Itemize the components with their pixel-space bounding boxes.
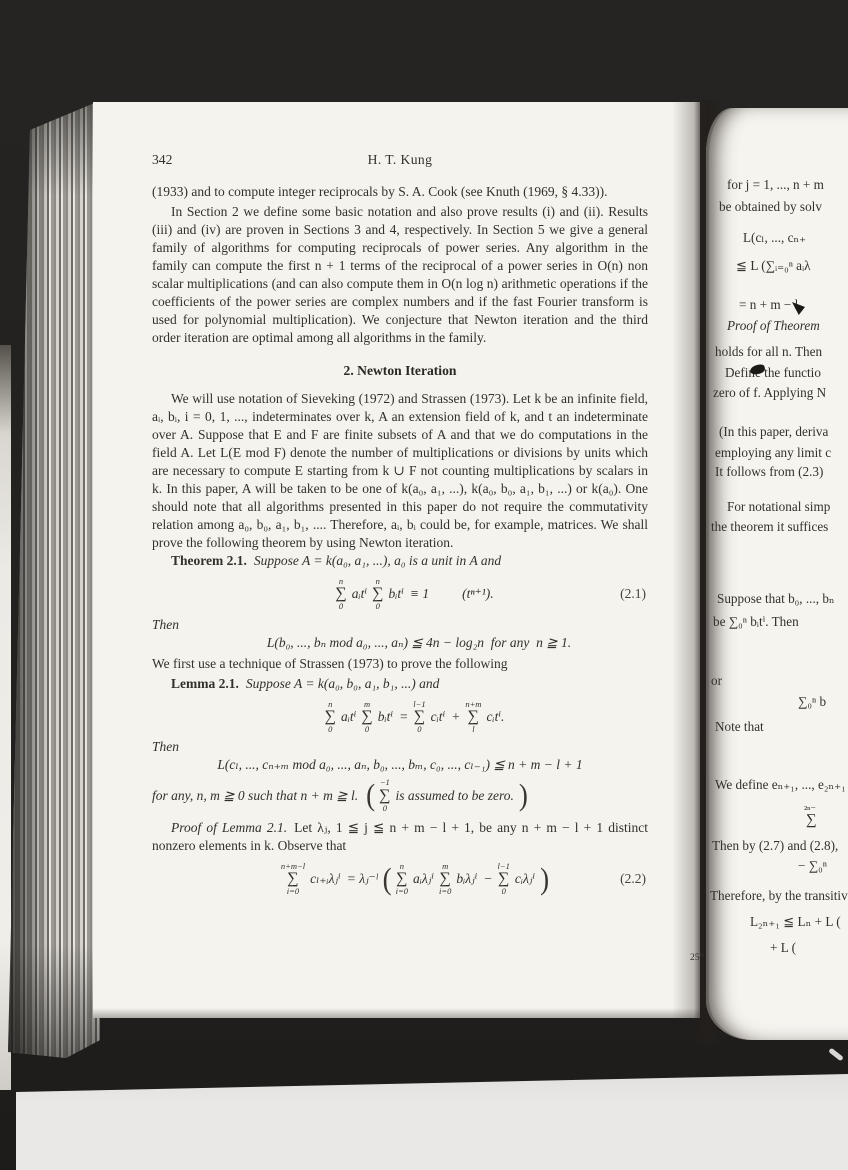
formula-term: bᵢtⁱ [378,709,393,725]
section-heading: 2. Newton Iteration [152,363,648,379]
theorem-conclusion: L(b₀, ..., bₙ mod a₀, ..., aₙ) ≦ 4n − lo… [152,635,648,651]
equation-number: (2.1) [620,586,646,602]
then-word: Then [152,739,648,755]
lemma-label: Lemma 2.1. [171,676,239,691]
sum-symbol: n ∑ 0 [325,700,336,735]
sum-symbol: n ∑ i=0 [396,862,408,897]
formula-term: aᵢλⱼⁱ [413,871,434,887]
table-surface [0,1062,848,1170]
formula-term: cᵢtⁱ. [486,709,504,725]
formula-term: aᵢtⁱ [341,709,356,725]
equation-2-1: n ∑ 0 aᵢtⁱ n ∑ 0 bᵢtⁱ ≡ 1 (tⁿ⁺¹). (2.1) [152,577,648,612]
right-page-line: or [711,673,722,689]
sum-symbol: l−1 ∑ 0 [498,862,510,897]
photographed-book-spread: 342 H. T. Kung (1933) and to compute int… [0,0,848,1170]
open-paren: ( [366,781,375,811]
paragraph-intro: (1933) and to compute integer reciprocal… [152,183,648,201]
book-fanned-page-edges [6,100,102,1060]
left-page: 342 H. T. Kung (1933) and to compute int… [93,102,700,1018]
right-page-line: ≦ L (∑ᵢ₌₀ⁿ aᵢλ [736,258,811,274]
right-page-line: be ∑₀ⁿ bᵢtⁱ. Then [713,614,799,630]
close-paren: ) [540,864,549,894]
lemma-2-1: Lemma 2.1.Suppose A = k(a₀, b₀, a₁, b₁, … [152,675,648,693]
formula-term: cᵢtⁱ [431,709,446,725]
right-page-fragment: for j = 1, ..., n + m be obtained by sol… [706,108,848,1040]
right-page-line: zero of f. Applying N [713,385,826,401]
right-page-line: Proof of Theorem [727,318,820,334]
running-header: 342 H. T. Kung [152,152,648,168]
right-page-line: We define eₙ₊₁, ..., e₂ₙ₊₁ [715,777,846,793]
right-page-line: L(cₗ, ..., cₙ₊ [743,230,806,246]
theorem-label: Theorem 2.1. [171,553,247,568]
right-page-line: be obtained by solv [719,199,822,215]
open-paren: ( [383,864,392,894]
right-page-line: Then by (2.7) and (2.8), [712,838,838,854]
formula-term: bᵢλⱼⁱ [456,871,477,887]
right-page-line: employing any limit c [715,445,831,461]
lemma-statement: Suppose A = k(a₀, b₀, a₁, b₁, ...) and [246,676,440,691]
formula-term: aᵢtⁱ [352,586,367,602]
formula-term: cₗ₊ᵢλⱼⁱ [310,871,341,887]
left-paper-edge-strip [0,345,11,1090]
paragraph-sections-overview: In Section 2 we define some basic notati… [152,203,648,347]
running-head-author: H. T. Kung [222,152,648,168]
right-page-line: + L ( [770,940,796,956]
formula-term: cᵢλⱼⁱ [515,871,535,887]
paragraph-notation: We will use notation of Sieveking (1972)… [152,390,648,552]
equation-number: (2.2) [620,871,646,887]
right-page-line: L₂ₙ₊₁ ≦ Lₙ + L ( [750,914,841,930]
equals-sign: = [399,709,408,725]
right-page-line: for j = 1, ..., n + m [727,177,824,193]
proof-of-lemma: Proof of Lemma 2.1.Let λⱼ, 1 ≦ j ≦ n + m… [152,819,648,855]
sum-symbol: n+m−l ∑ i=0 [281,862,305,897]
theorem-2-1: Theorem 2.1.Suppose A = k(a₀, a₁, ...), … [152,552,648,570]
right-page-line: (In this paper, deriva [719,424,828,440]
right-page-line: the theorem it suffices [711,519,828,535]
right-page-line: Therefore, by the transitiv [710,888,848,904]
right-page-line: Suppose that b₀, ..., bₙ [717,591,835,607]
then-word: Then [152,617,648,633]
sum-symbol: l−1 ∑ 0 [413,700,425,735]
right-page-line: For notational simp [727,499,830,515]
formula-term: bᵢtⁱ [389,586,404,602]
right-page-line: ∑₀ⁿ b [798,694,826,710]
right-page-line: Note that [715,719,764,735]
signature-mark: 25* [690,953,704,963]
condition-text: for any, n, m ≧ 0 such that n + m ≧ l. [152,788,358,804]
page-number: 342 [152,152,222,168]
strassen-technique-line: We first use a technique of Strassen (19… [152,656,648,672]
right-page-line: Define the functio [725,365,821,381]
lemma-condition: for any, n, m ≧ 0 such that n + m ≧ l. (… [152,778,648,813]
minus-sign: − [483,871,492,887]
plus-sign: + [451,709,460,725]
right-page-line: holds for all n. Then [715,344,822,360]
paper-fleck [828,1048,844,1062]
close-paren: ) [519,781,528,811]
lemma-equation: n ∑ 0 aᵢtⁱ m ∑ 0 bᵢtⁱ = l−1 ∑ 0 cᵢtⁱ + n… [152,700,648,735]
lemma-conclusion: L(cₗ, ..., cₙ₊ₘ mod a₀, ..., aₙ, b₀, ...… [152,757,648,773]
formula-modulus: (tⁿ⁺¹). [462,586,494,602]
sum-symbol: n ∑ 0 [372,577,383,612]
right-page-line: = n + m − l [739,297,798,313]
right-page-line: ∑ [806,812,817,829]
theorem-statement: Suppose A = k(a₀, a₁, ...), a₀ is a unit… [254,553,501,568]
sum-symbol: m ∑ 0 [361,700,372,735]
proof-label: Proof of Lemma 2.1. [171,820,287,835]
sum-symbol: n ∑ 0 [335,577,346,612]
sum-symbol: −1 ∑ 0 [379,778,390,813]
right-page-line: − ∑₀ⁿ [798,858,827,874]
condition-text-tail: is assumed to be zero. [396,788,514,804]
formula-relation: ≡ 1 [410,586,429,602]
right-page-line: It follows from (2.3) [715,464,823,480]
equation-2-2: n+m−l ∑ i=0 cₗ₊ᵢλⱼⁱ = λⱼ⁻ˡ ( n ∑ i=0 aᵢλ… [152,862,648,897]
sum-symbol: m ∑ i=0 [439,862,451,897]
sum-symbol: n+m ∑ l [465,700,481,735]
formula-relation: = λⱼ⁻ˡ [347,871,378,887]
